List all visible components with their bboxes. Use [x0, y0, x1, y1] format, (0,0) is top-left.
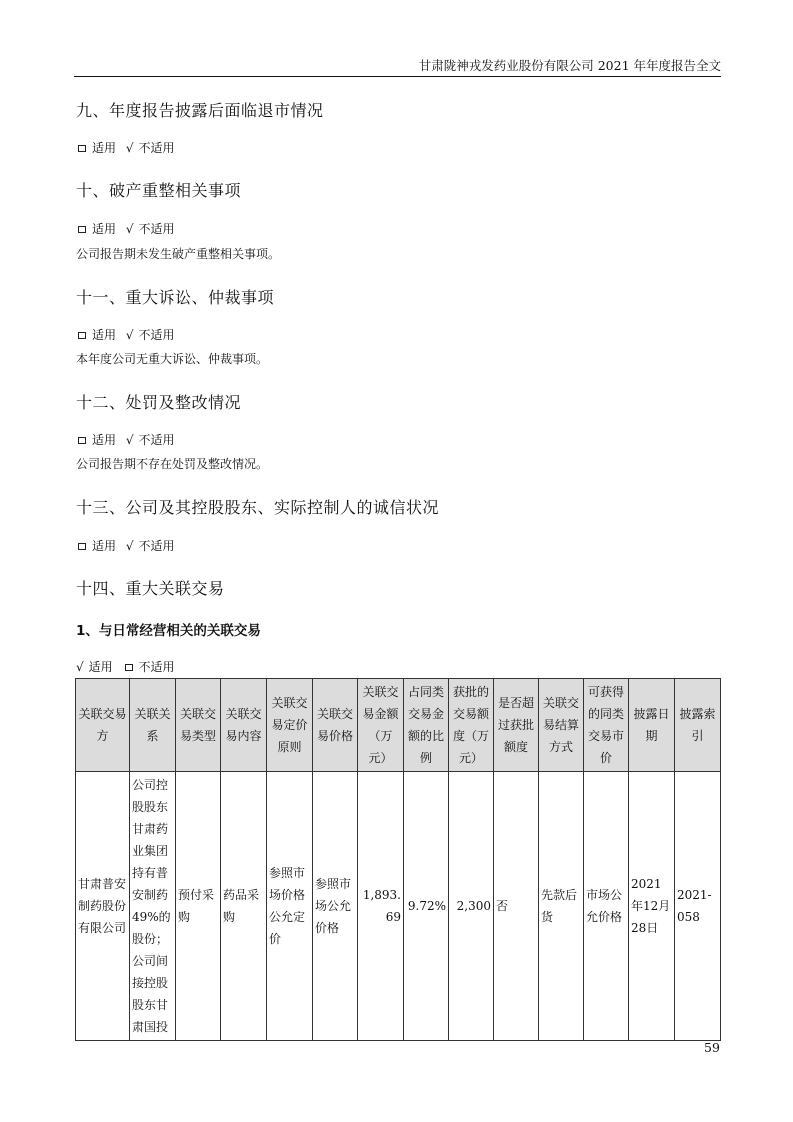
col-header-exceeds-quota: 是否超过获批额度 [494, 679, 539, 772]
section-body-12: 公司报告期不存在处罚及整改情况。 [76, 455, 268, 472]
cell-disclosure-index: 2021-058 [675, 772, 721, 1041]
col-header-content: 关联交易内容 [221, 679, 267, 772]
not-applicable-label: 不适用 [139, 222, 175, 236]
subsection-heading: 1、与日常经营相关的关联交易 [76, 619, 261, 639]
section-body-11: 本年度公司无重大诉讼、仲裁事项。 [76, 350, 268, 367]
col-header-approved-quota: 获批的交易额度（万元） [449, 679, 494, 772]
cell-relation: 公司控股股东甘肃药业集团持有普安制药49%的股份；公司间接控股股东甘肃国投 [130, 772, 176, 1041]
section-heading-12: 十二、处罚及整改情况 [76, 390, 241, 413]
col-header-pricing-principle: 关联交易定价原则 [267, 679, 313, 772]
cell-amount: 1,893.69 [358, 772, 404, 1041]
applicability-line-14: √适用 不适用 [76, 658, 175, 675]
table-row: 甘肃普安制药股份有限公司 公司控股股东甘肃药业集团持有普安制药49%的股份；公司… [76, 772, 721, 1041]
col-header-amount: 关联交易金额（万元） [358, 679, 404, 772]
page-number: 59 [704, 1040, 720, 1055]
applicable-label: 适用 [92, 433, 116, 447]
checkbox-empty-icon [78, 437, 86, 444]
related-transactions-table: 关联交易方 关联关系 关联交易类型 关联交易内容 关联交易定价原则 关联交易价格… [75, 678, 721, 1041]
cell-price: 参照市场公允价格 [313, 772, 358, 1041]
section-heading-13: 十三、公司及其控股股东、实际控制人的诚信状况 [76, 495, 439, 518]
cell-approved-quota: 2,300 [449, 772, 494, 1041]
checkbox-empty-icon [125, 664, 133, 671]
checkmark-icon: √ [126, 222, 134, 236]
applicability-line-10: 适用 √不适用 [76, 220, 175, 237]
applicable-label: 适用 [92, 539, 116, 553]
col-header-disclosure-date: 披露日期 [629, 679, 675, 772]
not-applicable-label: 不适用 [139, 328, 175, 342]
cell-pricing-principle: 参照市场价格公允定价 [267, 772, 313, 1041]
col-header-market-price: 可获得的同类交易市价 [584, 679, 629, 772]
cell-settlement: 先款后货 [539, 772, 584, 1041]
header-divider [74, 76, 721, 77]
checkmark-icon: √ [126, 328, 134, 342]
col-header-ratio: 占同类交易金额的比例 [404, 679, 449, 772]
col-header-price: 关联交易价格 [313, 679, 358, 772]
applicable-label: 适用 [89, 660, 113, 674]
applicable-label: 适用 [92, 328, 116, 342]
cell-disclosure-date: 2021年12月28日 [629, 772, 675, 1041]
applicable-label: 适用 [92, 222, 116, 236]
not-applicable-label: 不适用 [139, 539, 175, 553]
applicability-line-13: 适用 √不适用 [76, 537, 175, 554]
cell-type: 预付采购 [176, 772, 221, 1041]
checkbox-empty-icon [78, 145, 86, 152]
cell-market-price: 市场公允价格 [584, 772, 629, 1041]
checkmark-icon: √ [126, 539, 134, 553]
section-heading-11: 十一、重大诉讼、仲裁事项 [76, 285, 274, 308]
col-header-disclosure-index: 披露索引 [675, 679, 721, 772]
applicable-label: 适用 [92, 141, 116, 155]
col-header-relation: 关联关系 [130, 679, 176, 772]
not-applicable-label: 不适用 [139, 433, 175, 447]
cell-party: 甘肃普安制药股份有限公司 [76, 772, 130, 1041]
checkmark-icon: √ [76, 660, 84, 674]
checkbox-empty-icon [78, 543, 86, 550]
cell-ratio: 9.72% [404, 772, 449, 1041]
applicability-line-11: 适用 √不适用 [76, 326, 175, 343]
col-header-party: 关联交易方 [76, 679, 130, 772]
not-applicable-label: 不适用 [139, 660, 175, 674]
checkbox-empty-icon [78, 332, 86, 339]
cell-exceeds-quota: 否 [494, 772, 539, 1041]
section-heading-10: 十、破产重整相关事项 [76, 178, 241, 201]
section-body-10: 公司报告期未发生破产重整相关事项。 [76, 245, 280, 262]
checkmark-icon: √ [126, 433, 134, 447]
cell-content: 药品采购 [221, 772, 267, 1041]
col-header-type: 关联交易类型 [176, 679, 221, 772]
col-header-settlement: 关联交易结算方式 [539, 679, 584, 772]
applicability-line-12: 适用 √不适用 [76, 431, 175, 448]
not-applicable-label: 不适用 [139, 141, 175, 155]
applicability-line-9: 适用 √不适用 [76, 139, 175, 156]
section-heading-9: 九、年度报告披露后面临退市情况 [76, 98, 324, 121]
table-header-row: 关联交易方 关联关系 关联交易类型 关联交易内容 关联交易定价原则 关联交易价格… [76, 679, 721, 772]
section-heading-14: 十四、重大关联交易 [76, 576, 225, 599]
page-header-title: 甘肃陇神戎发药业股份有限公司 2021 年年度报告全文 [419, 56, 721, 74]
checkmark-icon: √ [126, 141, 134, 155]
checkbox-empty-icon [78, 226, 86, 233]
